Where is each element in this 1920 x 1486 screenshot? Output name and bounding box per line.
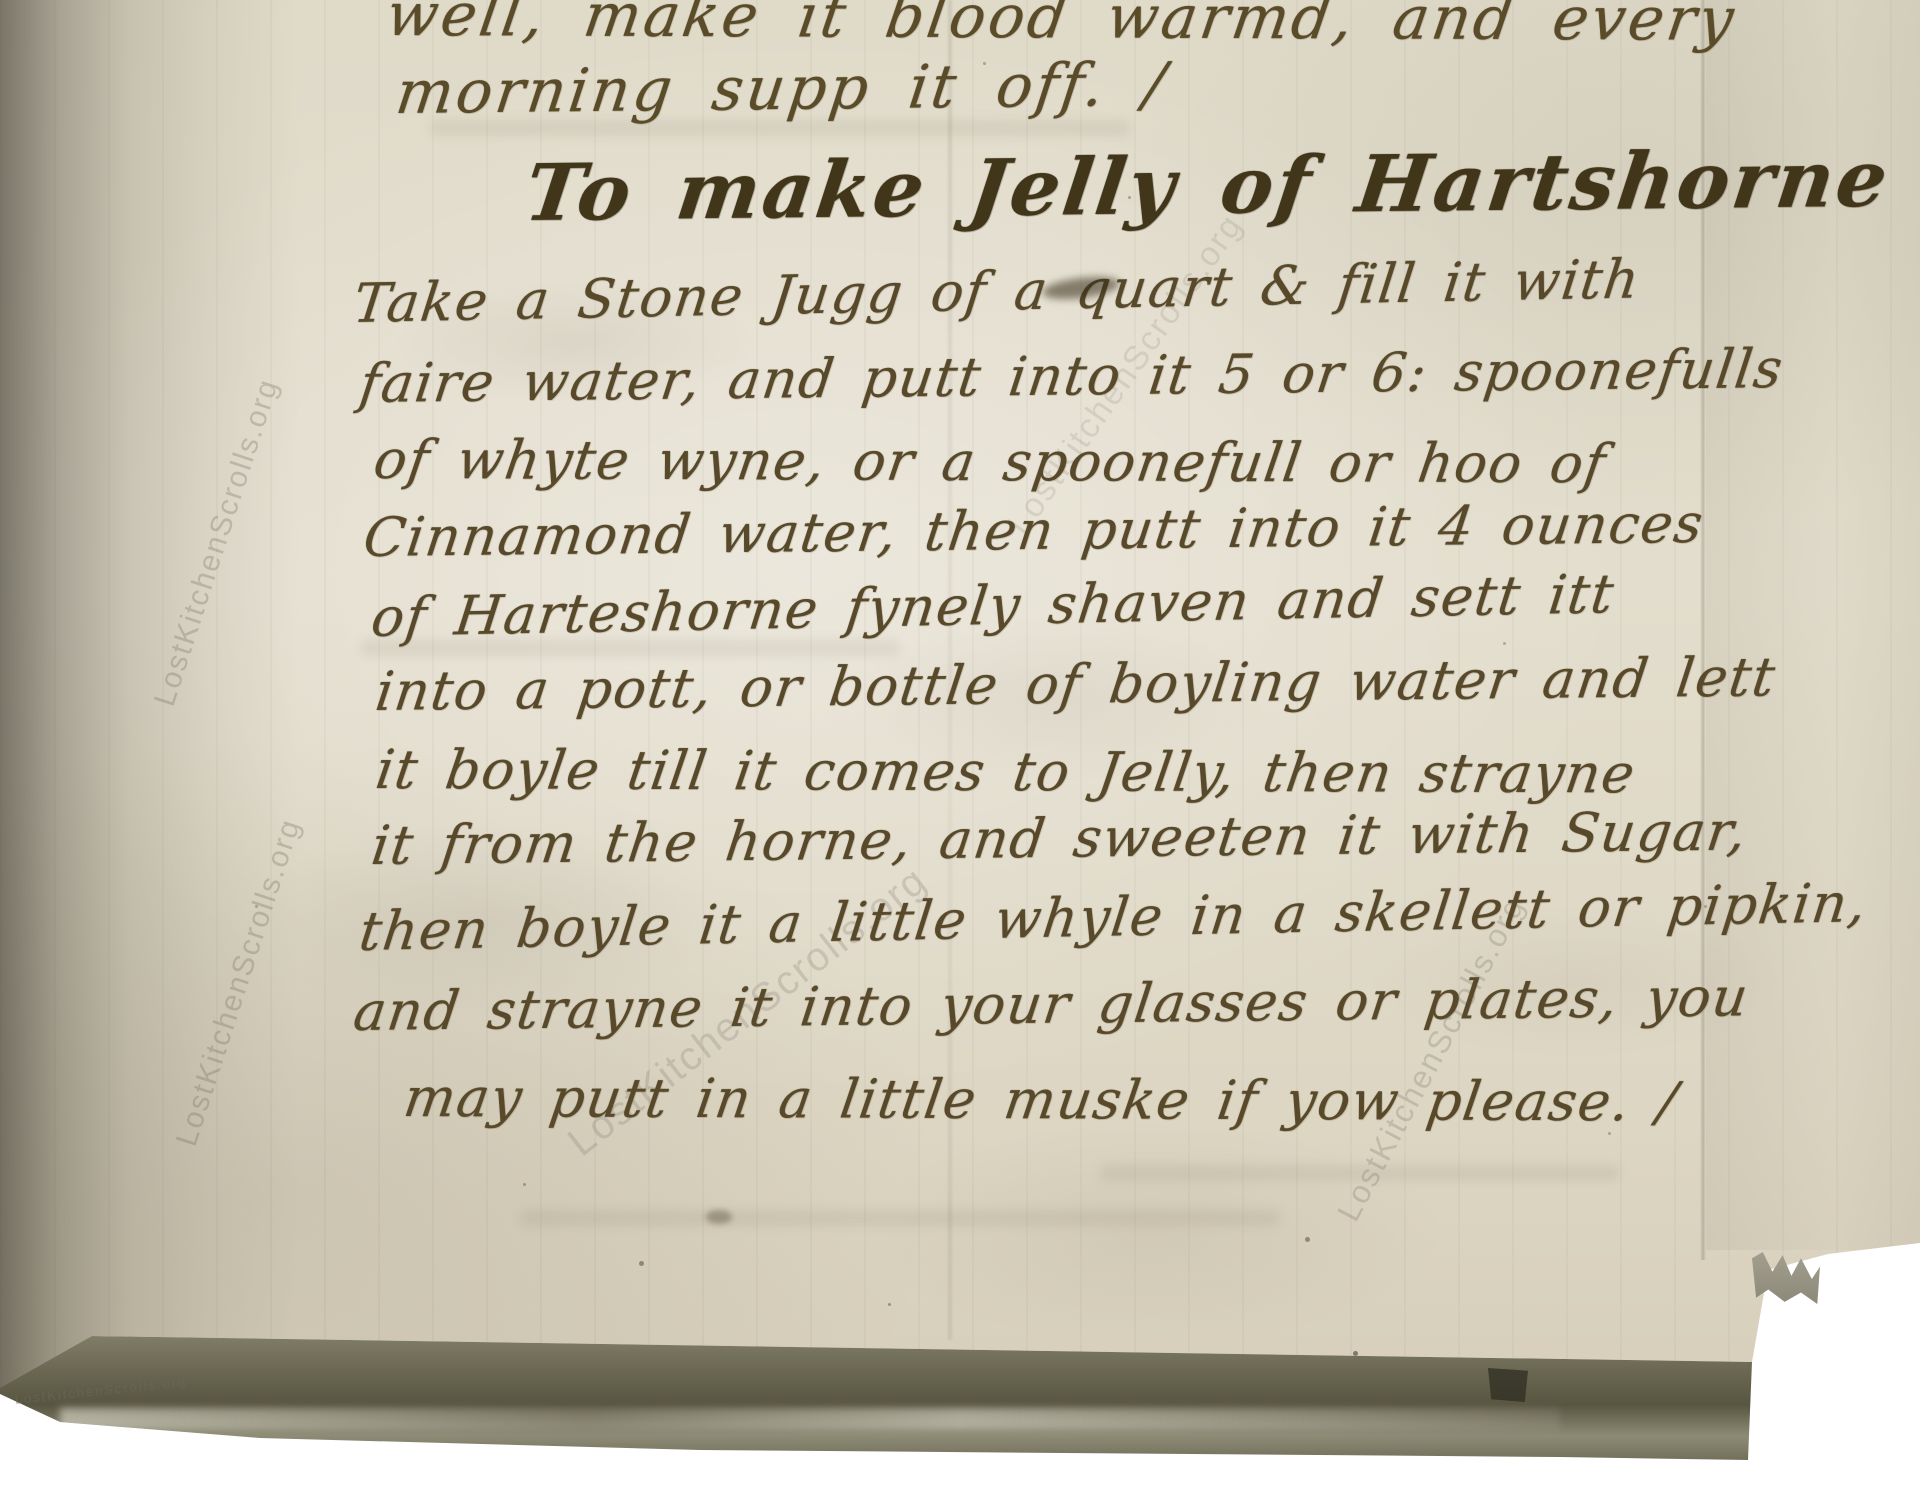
ink-smudge (706, 1210, 732, 1224)
book-edge-notch (1488, 1368, 1528, 1402)
manuscript-page: LostKitchenScrolls.org LostKitchenScroll… (0, 0, 1920, 1486)
intro-fragment-line: well, make it blood warmd, and every (382, 0, 1741, 55)
recipe-line: it boyle till it comes to Jelly, then st… (372, 738, 1640, 805)
recipe-line: may putt in a little muske if yow please… (400, 1066, 1682, 1133)
manuscript-scan: { "document": { "kind": "handwritten man… (0, 0, 1920, 1486)
paper-specks (0, 0, 3, 3)
ink-showthrough (520, 1210, 1280, 1226)
recipe-line: of whyte wyne, or a spoonefull or hoo of (370, 428, 1611, 495)
book-gutter-shadow (0, 0, 300, 1420)
intro-fragment-line: morning supp it off. / (392, 50, 1172, 128)
recipe-title: To make Jelly of Hartshorne / (520, 133, 1920, 239)
